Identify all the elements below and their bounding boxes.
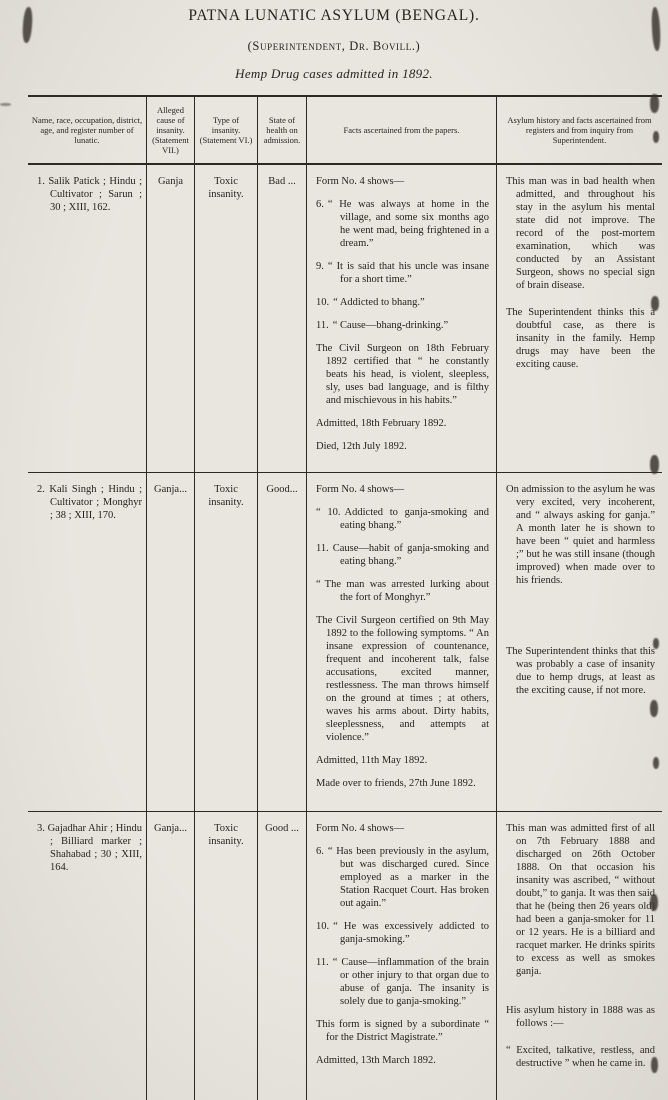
scan-artifact xyxy=(651,1057,658,1073)
facts-paragraph-number: 10. xyxy=(316,297,333,308)
case-name-cell: 3. Gajadhar Ahir ; Hindu ; Billiard mark… xyxy=(28,812,147,1100)
insanity-type-cell: Toxic insanity. xyxy=(195,812,258,1100)
facts-paragraph: The Civil Surgeon certified on 9th May 1… xyxy=(316,614,489,744)
case-name-text: 3. Gajadhar Ahir ; Hindu ; Billiard mark… xyxy=(37,822,142,874)
facts-cell: Form No. 4 shows—“ 10.Addicted to ganja-… xyxy=(307,473,497,811)
page-subtitle: (Superintendent, Dr. Bovill.) xyxy=(0,39,668,54)
facts-paragraph: 6.“ Has been previously in the asylum, b… xyxy=(316,845,489,910)
table-row: 1. Salik Patick ; Hindu ; Cultivator ; S… xyxy=(28,165,662,473)
facts-paragraph-number: 10. xyxy=(316,921,333,932)
column-header-name: Name, race, occupation, district, age, a… xyxy=(28,97,147,163)
alleged-cause-cell: Ganja... xyxy=(147,812,195,1100)
facts-cell: Form No. 4 shows—6.“ Has been previously… xyxy=(307,812,497,1100)
facts-paragraph: 11.“ Cause—inflammation of the brain or … xyxy=(316,956,489,1008)
table-row: 3. Gajadhar Ahir ; Hindu ; Billiard mark… xyxy=(28,812,662,1100)
table-row: 2. Kali Singh ; Hindu ; Cultivator ; Mon… xyxy=(28,473,662,812)
history-paragraph: On admission to the asylum he was very e… xyxy=(506,483,655,587)
facts-paragraph: Admitted, 13th March 1892. xyxy=(316,1054,489,1067)
table-body: 1. Salik Patick ; Hindu ; Cultivator ; S… xyxy=(28,165,662,1100)
table-header-row: Name, race, occupation, district, age, a… xyxy=(28,97,662,165)
facts-paragraph: Form No. 4 shows— xyxy=(316,175,489,188)
scan-artifact xyxy=(650,894,658,911)
scan-artifact xyxy=(653,757,659,769)
history-paragraph: This man was admitted first of all on 7t… xyxy=(506,822,655,978)
scan-artifact xyxy=(650,94,659,113)
health-state-cell: Bad ... xyxy=(258,165,307,472)
page-caption: Hemp Drug cases admitted in 1892. xyxy=(0,66,668,82)
column-header-facts: Facts ascertained from the papers. xyxy=(307,97,497,163)
case-name-cell: 2. Kali Singh ; Hindu ; Cultivator ; Mon… xyxy=(28,473,147,811)
asylum-history-cell: This man was in bad health when admitted… xyxy=(497,165,662,472)
scan-artifact xyxy=(650,455,659,474)
facts-paragraph: 10.“ Addicted to bhang.” xyxy=(316,296,489,309)
facts-paragraph: 9.“ It is said that his uncle was insane… xyxy=(316,260,489,286)
facts-cell: Form No. 4 shows—6.“ He was always at ho… xyxy=(307,165,497,472)
facts-paragraph: 11.“ Cause—bhang-drinking.” xyxy=(316,319,489,332)
facts-paragraph: Admitted, 18th February 1892. xyxy=(316,417,489,430)
history-paragraph: “ Excited, talkative, restless, and dest… xyxy=(506,1044,655,1070)
facts-paragraph: Died, 12th July 1892. xyxy=(316,440,489,453)
facts-paragraph: The Civil Surgeon on 18th February 1892 … xyxy=(316,342,489,407)
scan-artifact xyxy=(653,131,659,143)
asylum-history-cell: This man was admitted first of all on 7t… xyxy=(497,812,662,1100)
facts-paragraph: 10.“ He was excessively addicted to ganj… xyxy=(316,920,489,946)
page-title: PATNA LUNATIC ASYLUM (BENGAL). xyxy=(0,7,668,25)
facts-paragraph: 6.“ He was always at home in the village… xyxy=(316,198,489,250)
insanity-type-cell: Toxic insanity. xyxy=(195,473,258,811)
facts-paragraph: Form No. 4 shows— xyxy=(316,483,489,496)
facts-paragraph: 11.Cause—habit of ganja-smoking and eati… xyxy=(316,542,489,568)
facts-paragraph: This form is signed by a subordinate “ f… xyxy=(316,1018,489,1044)
case-name-text: 1. Salik Patick ; Hindu ; Cultivator ; S… xyxy=(37,175,142,214)
alleged-cause-cell: Ganja xyxy=(147,165,195,472)
alleged-cause-cell: Ganja... xyxy=(147,473,195,811)
column-header-asylum-history: Asylum history and facts ascertained fro… xyxy=(497,97,662,163)
facts-paragraph: “ 10.Addicted to ganja-smoking and eatin… xyxy=(316,506,489,532)
column-header-health-state: State of health on admission. xyxy=(258,97,307,163)
facts-paragraph: Form No. 4 shows— xyxy=(316,822,489,835)
asylum-history-cell: On admission to the asylum he was very e… xyxy=(497,473,662,811)
health-state-cell: Good ... xyxy=(258,812,307,1100)
history-paragraph: This man was in bad health when admitted… xyxy=(506,175,655,292)
history-paragraph: The Superintendent thinks this a doubtfu… xyxy=(506,306,655,371)
cases-table: Name, race, occupation, district, age, a… xyxy=(28,95,662,1100)
history-paragraph: The Superintendent thinks that this was … xyxy=(506,645,655,697)
facts-paragraph-number: “ 10. xyxy=(316,507,345,518)
case-name-text: 2. Kali Singh ; Hindu ; Cultivator ; Mon… xyxy=(37,483,142,522)
case-name-cell: 1. Salik Patick ; Hindu ; Cultivator ; S… xyxy=(28,165,147,472)
facts-paragraph-number: 9. xyxy=(316,261,328,272)
facts-paragraph: Made over to friends, 27th June 1892. xyxy=(316,777,489,790)
facts-paragraph: “The man was arrested lurking about the … xyxy=(316,578,489,604)
facts-paragraph-number: 6. xyxy=(316,199,328,210)
scan-artifact xyxy=(650,700,658,717)
facts-paragraph: Admitted, 11th May 1892. xyxy=(316,754,489,767)
facts-paragraph-number: “ xyxy=(316,579,325,590)
insanity-type-cell: Toxic insanity. xyxy=(195,165,258,472)
column-header-alleged-cause: Alleged cause of insanity. (Statement VI… xyxy=(147,97,195,163)
scan-artifact xyxy=(653,638,659,649)
facts-paragraph-number: 11. xyxy=(316,957,333,968)
scan-artifact xyxy=(651,296,659,311)
scan-artifact xyxy=(0,103,11,106)
column-header-insanity-type: Type of insanity. (Statement VI.) xyxy=(195,97,258,163)
facts-paragraph-number: 11. xyxy=(316,543,333,554)
facts-paragraph-number: 6. xyxy=(316,846,328,857)
health-state-cell: Good... xyxy=(258,473,307,811)
history-paragraph: His asylum history in 1888 was as follow… xyxy=(506,1004,655,1030)
facts-paragraph-number: 11. xyxy=(316,320,333,331)
